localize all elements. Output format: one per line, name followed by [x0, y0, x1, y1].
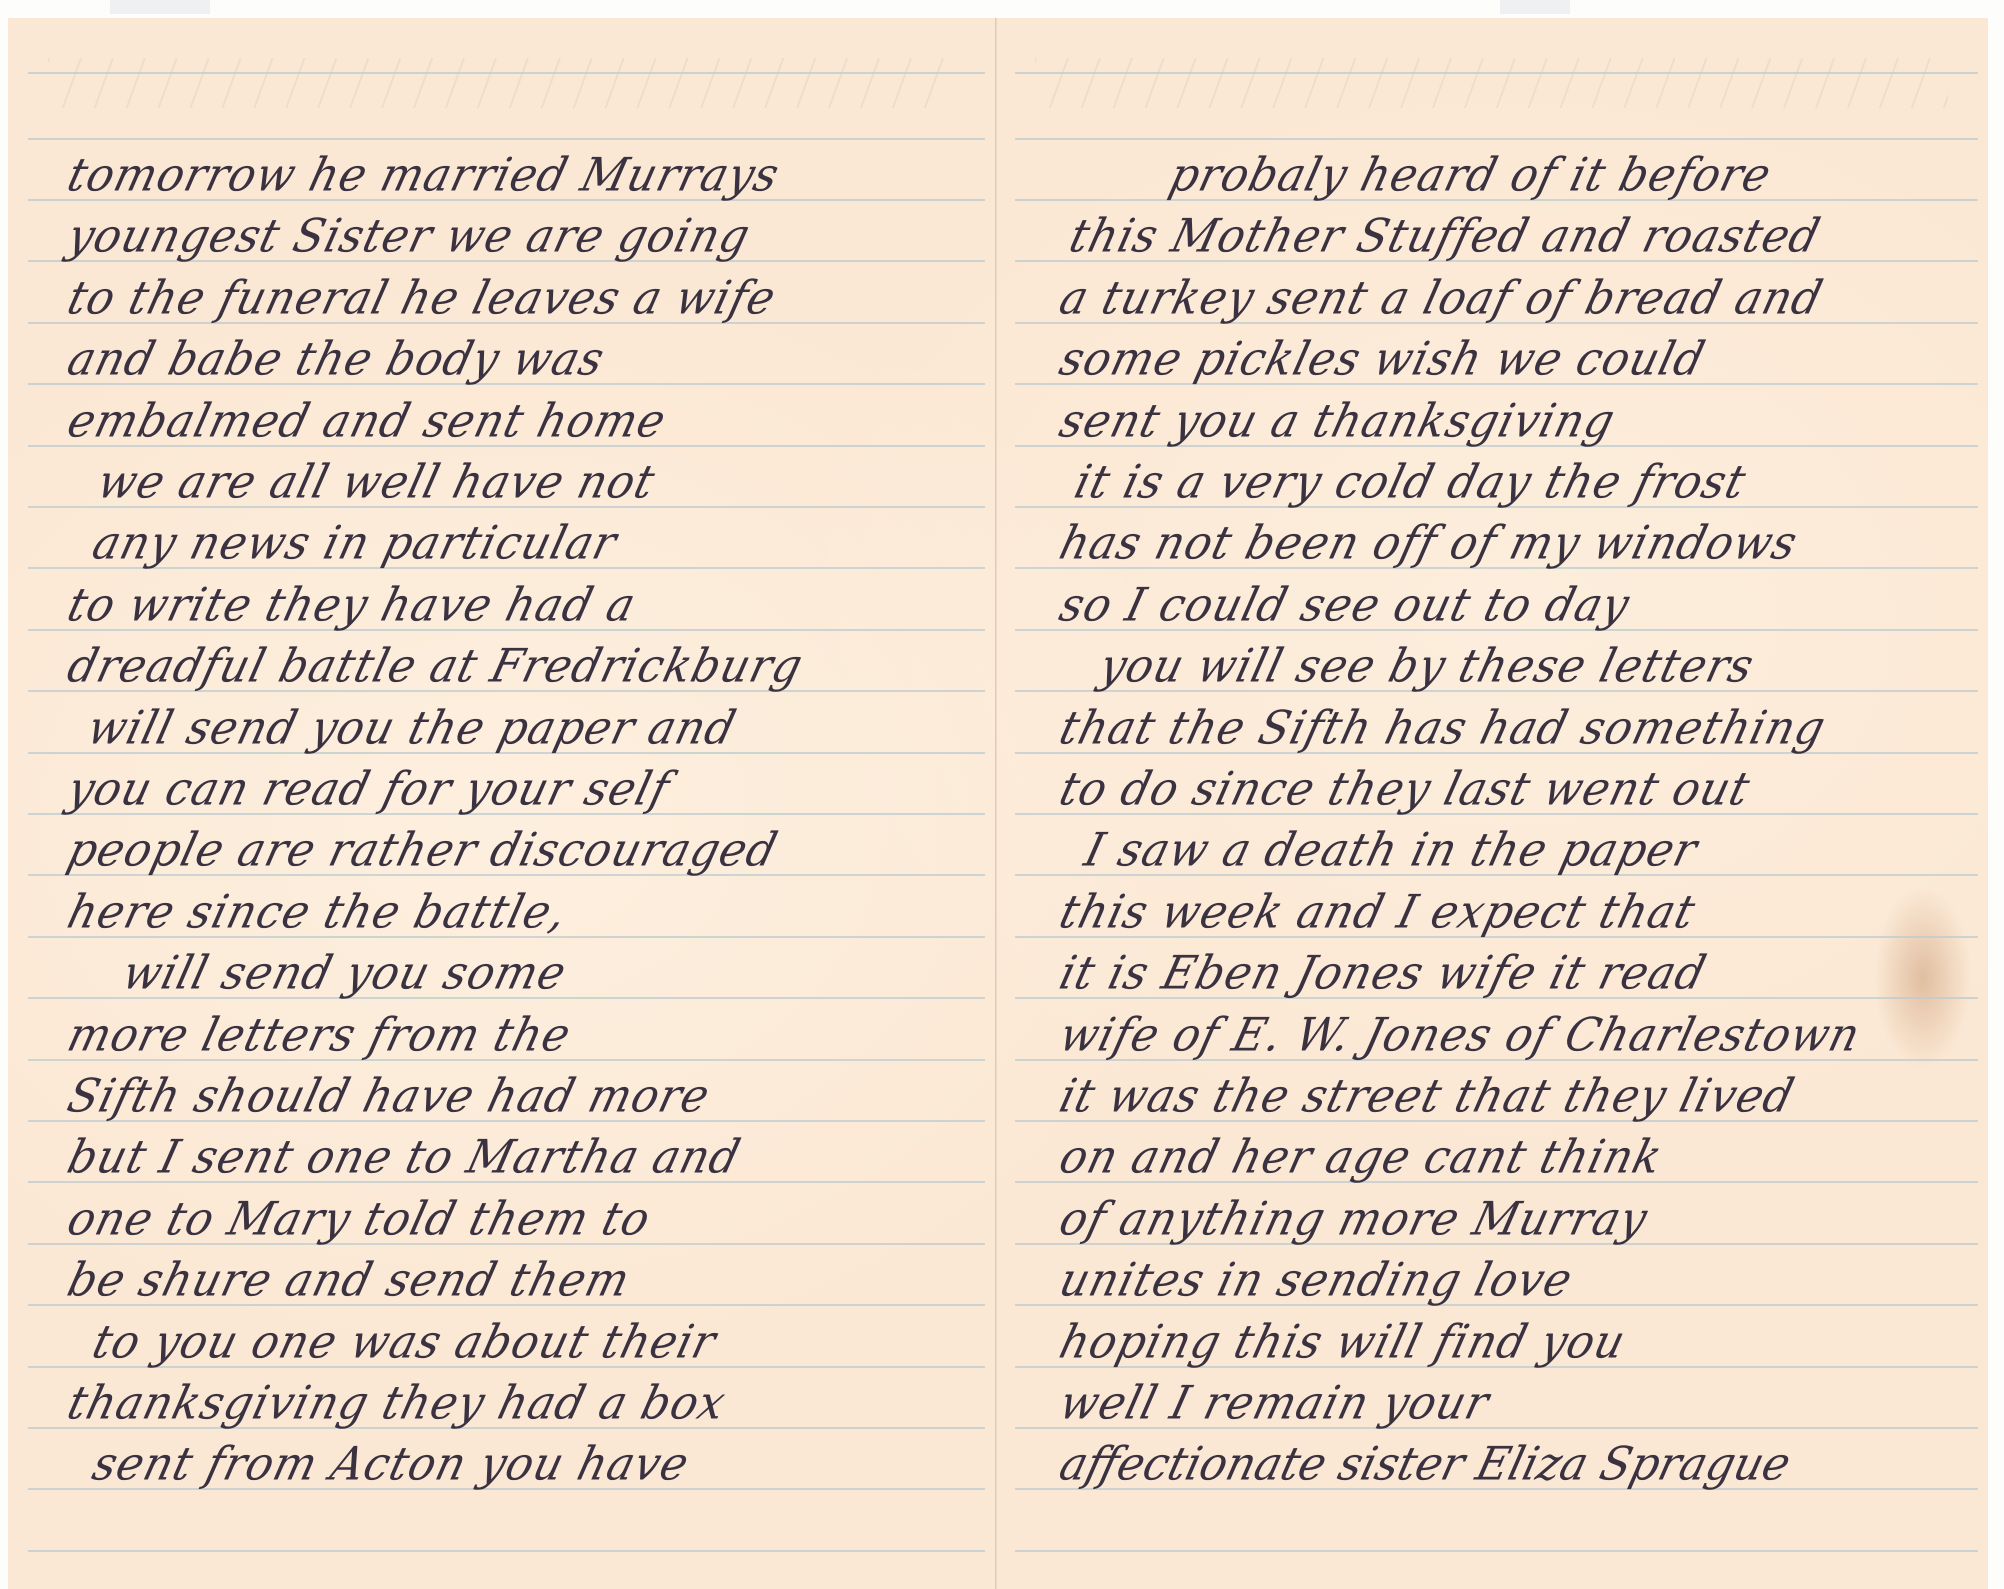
- handwritten-line: to do since they last went out: [1055, 767, 1755, 813]
- handwritten-line: a turkey sent a loaf of bread and: [1055, 276, 1827, 322]
- bleed-through-ink: [48, 58, 955, 108]
- handwritten-line: youngest Sister we are going: [63, 214, 755, 260]
- scan-edge-smudge: [110, 0, 210, 14]
- handwritten-line: on and her age cant think: [1055, 1135, 1667, 1181]
- handwritten-line: unites in sending love: [1055, 1258, 1577, 1304]
- handwritten-line: people are rather discouraged: [63, 828, 782, 874]
- handwritten-line: you will see by these letters: [1095, 644, 1759, 690]
- handwritten-line: here since the battle,: [63, 890, 572, 936]
- handwritten-line: to write they have had a: [63, 583, 640, 629]
- right-page: probaly heard of it beforethis Mother St…: [995, 18, 1988, 1589]
- ruled-line: [1015, 138, 1978, 140]
- handwritten-line: and babe the body was: [63, 337, 609, 383]
- handwritten-line: probaly heard of it before: [1165, 153, 1776, 199]
- handwritten-line: hoping this will find you: [1055, 1319, 1630, 1365]
- handwritten-line: dreadful battle at Fredrickburg: [63, 644, 807, 690]
- handwritten-line: tomorrow he married Murrays: [63, 153, 784, 199]
- handwritten-line: it is Eben Jones wife it read: [1055, 951, 1711, 997]
- handwritten-line: thanksgiving they had a box: [63, 1381, 730, 1427]
- ruled-line: [28, 1550, 985, 1552]
- scan-edge-smudge: [1500, 0, 1570, 14]
- handwritten-line: but I sent one to Martha and: [63, 1135, 745, 1181]
- handwritten-line: will send you the paper and: [83, 705, 741, 751]
- handwritten-line: Sifth should have had more: [63, 1074, 714, 1120]
- handwritten-line: some pickles wish we could: [1055, 337, 1710, 383]
- letter-paper: tomorrow he married Murraysyoungest Sist…: [8, 18, 1988, 1589]
- handwritten-line: will send you some: [118, 951, 571, 997]
- handwritten-line: to the funeral he leaves a wife: [63, 276, 781, 322]
- bleed-through-ink: [1035, 58, 1948, 108]
- handwritten-line: embalmed and sent home: [63, 398, 671, 444]
- handwritten-line: one to Mary told them to: [63, 1197, 655, 1243]
- handwritten-line: has not been off of my windows: [1055, 521, 1802, 567]
- ruled-line: [28, 138, 985, 140]
- handwritten-line: be shure and send them: [63, 1258, 635, 1304]
- handwritten-line: it is a very cold day the frost: [1070, 460, 1751, 506]
- handwritten-line: we are all well have not: [93, 460, 660, 506]
- handwritten-line: that the Sifth has had something: [1055, 705, 1830, 751]
- ruled-line: [28, 72, 985, 74]
- handwritten-line: more letters from the: [63, 1012, 575, 1058]
- ruled-line: [1015, 1550, 1978, 1552]
- handwritten-line: it was the street that they lived: [1055, 1074, 1799, 1120]
- handwritten-line: this Mother Stuffed and roasted: [1065, 214, 1825, 260]
- handwritten-line: wife of E. W. Jones of Charlestown: [1055, 1012, 1865, 1058]
- handwritten-line: to you one was about their: [88, 1319, 721, 1365]
- handwritten-line: sent from Acton you have: [88, 1442, 694, 1488]
- handwritten-line: of anything more Murray: [1055, 1197, 1652, 1243]
- left-page: tomorrow he married Murraysyoungest Sist…: [8, 18, 995, 1589]
- ruled-line: [1015, 72, 1978, 74]
- closing-signature-line: affectionate sister Eliza Sprague: [1055, 1442, 1795, 1488]
- handwritten-line: well I remain your: [1055, 1381, 1494, 1427]
- handwritten-line: this week and I expect that: [1055, 890, 1700, 936]
- handwritten-line: I saw a death in the paper: [1080, 828, 1702, 874]
- handwritten-line: you can read for your self: [63, 767, 674, 813]
- handwritten-line: any news in particular: [88, 521, 621, 567]
- handwritten-line: sent you a thanksgiving: [1055, 398, 1620, 444]
- handwritten-line: so I could see out to day: [1055, 583, 1634, 629]
